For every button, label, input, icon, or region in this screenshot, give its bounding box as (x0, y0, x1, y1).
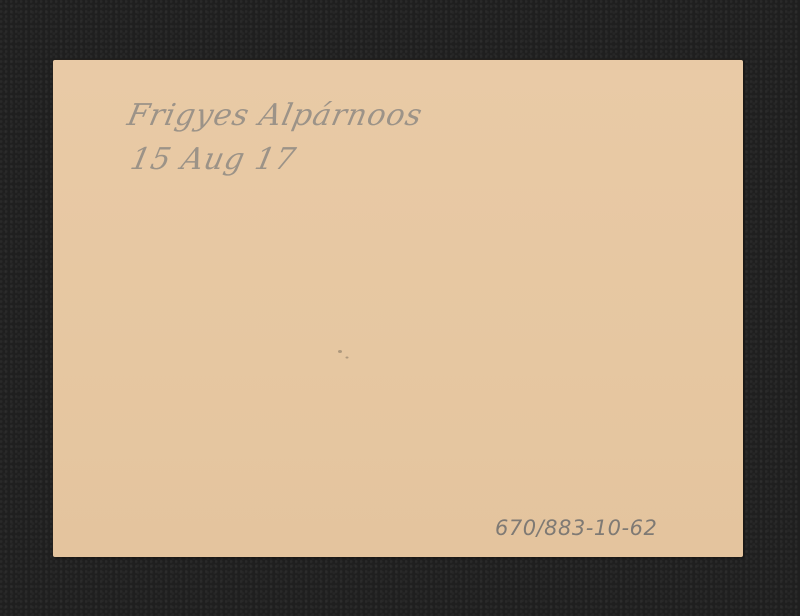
handwritten-date: 15 Aug 17 (127, 142, 299, 177)
paper-speck (338, 350, 342, 353)
archive-number: 670/883-10-62 (495, 516, 657, 540)
photo-card-back: Frigyes Alpárnoos 15 Aug 17 670/883-10-6… (53, 60, 743, 557)
handwritten-name: Frigyes Alpárnoos (124, 98, 426, 133)
